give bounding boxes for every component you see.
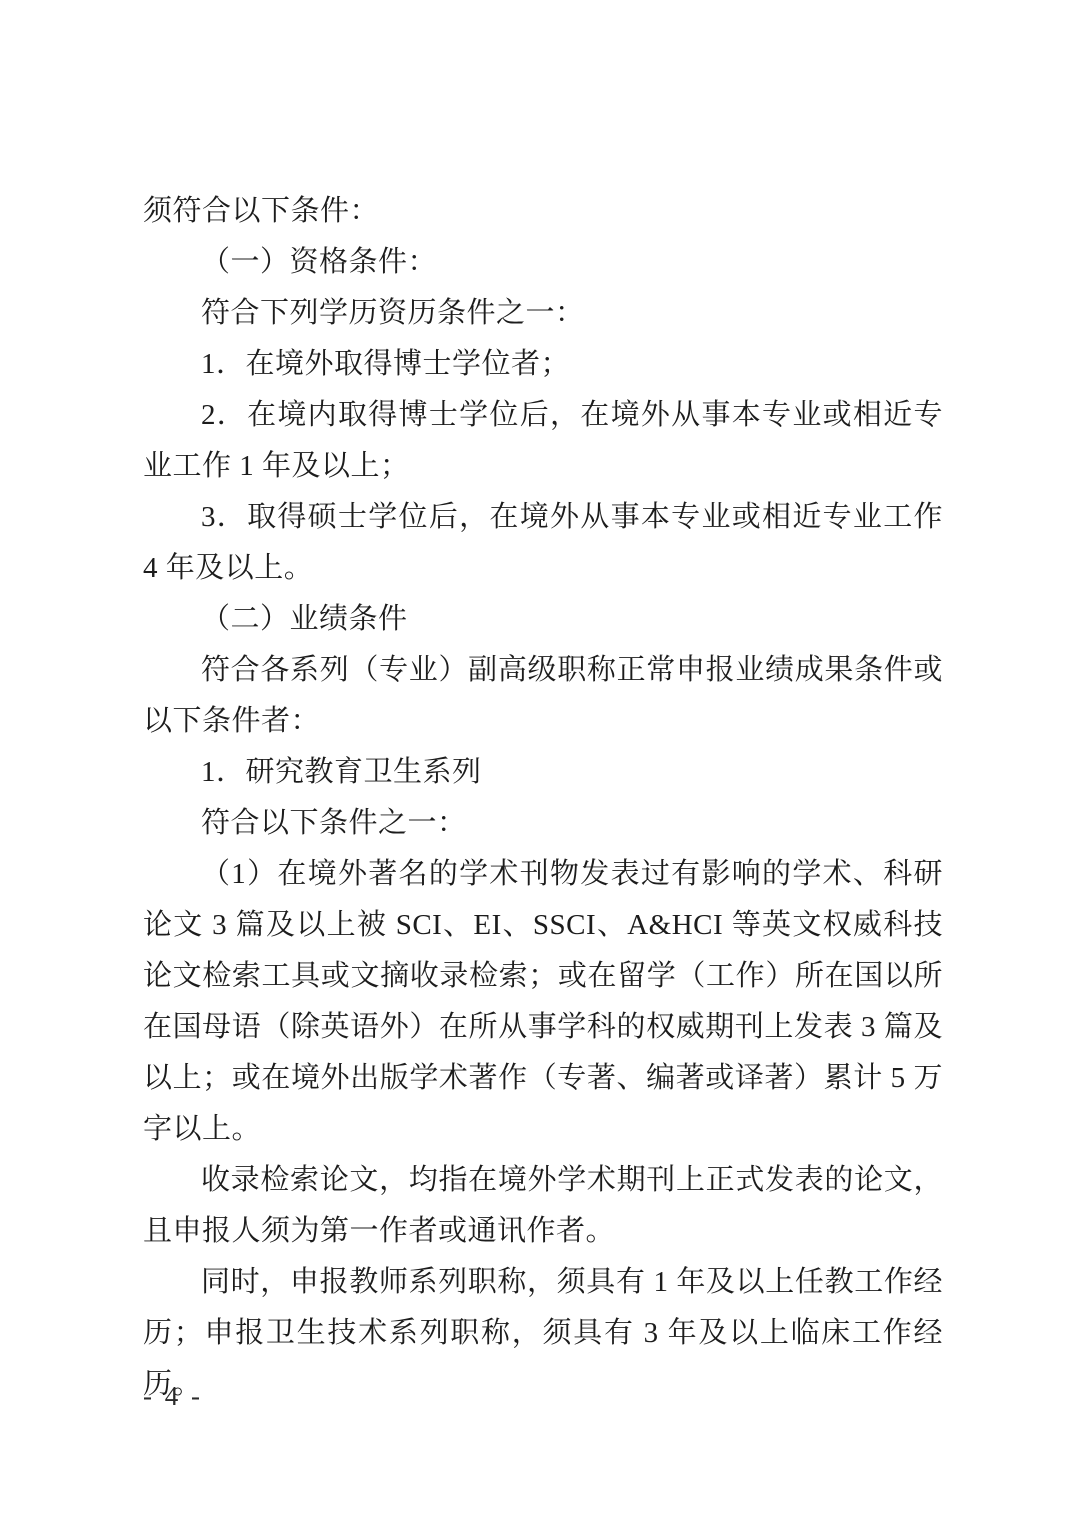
paragraph-qualification-intro: 符合下列学历资历条件之一： <box>143 288 943 339</box>
paragraph-condition-1: （1）在境外著名的学术刊物发表过有影响的学术、科研论文 3 篇及以上被 SCI、… <box>143 849 943 1155</box>
paragraph-indexed-papers-note: 收录检索论文，均指在境外学术期刊上正式发表的论文，且申报人须为第一作者或通讯作者… <box>143 1155 943 1257</box>
page-footer: - 4 - <box>143 1381 203 1411</box>
paragraph-section-1-heading: （一）资格条件： <box>143 237 943 288</box>
paragraph-item-3: 3．取得硕士学位后，在境外从事本专业或相近专业工作 4 年及以上。 <box>143 492 943 594</box>
page-number: - 4 - <box>143 1381 203 1411</box>
paragraph-experience-note: 同时，申报教师系列职称，须具有 1 年及以上任教工作经历；申报卫生技术系列职称，… <box>143 1257 943 1410</box>
paragraph-section-2-heading: （二）业绩条件 <box>143 594 943 645</box>
paragraph-item-2: 2．在境内取得博士学位后，在境外从事本专业或相近专业工作 1 年及以上； <box>143 390 943 492</box>
paragraph-conditions-intro: 符合以下条件之一： <box>143 798 943 849</box>
paragraph-item-1: 1．在境外取得博士学位者； <box>143 339 943 390</box>
paragraph-performance-intro: 符合各系列（专业）副高级职称正常申报业绩成果条件或以下条件者： <box>143 645 943 747</box>
document-page: 须符合以下条件： （一）资格条件： 符合下列学历资历条件之一： 1．在境外取得博… <box>0 0 1074 1520</box>
document-body: 须符合以下条件： （一）资格条件： 符合下列学历资历条件之一： 1．在境外取得博… <box>143 186 943 1410</box>
paragraph-continuation: 须符合以下条件： <box>143 186 943 237</box>
paragraph-series-1-heading: 1．研究教育卫生系列 <box>143 747 943 798</box>
